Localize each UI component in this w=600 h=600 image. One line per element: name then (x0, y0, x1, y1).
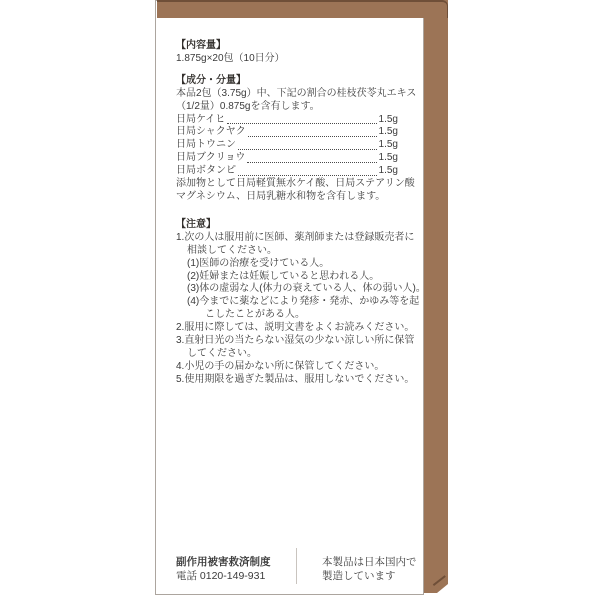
ingredient-row: 日局ケイヒ 1.5g (176, 114, 398, 127)
adverse-reaction-relief-block: 副作用被害救済制度 電話 0120-149-931 (176, 556, 271, 583)
relief-phone-number: 電話 0120-149-931 (176, 570, 271, 584)
dotted-leader (247, 162, 376, 163)
dotted-leader (238, 149, 377, 150)
ingredient-amount: 1.5g (379, 139, 398, 152)
relief-system-title: 副作用被害救済制度 (176, 556, 271, 570)
ingredient-name: 日局トウニン (176, 139, 236, 152)
label-text-block: 【内容量】 1.875g×20包（10日分） 【成分・分量】 本品2包（3.75… (176, 40, 407, 387)
dotted-leader (248, 136, 377, 137)
caution-line: 1.次の人は服用前に医師、薬剤師または登録販売者に (176, 232, 407, 245)
package-top-brown-band (157, 0, 448, 18)
ingredient-name: 日局シャクヤク (176, 126, 246, 139)
caution-line: (4)今までに薬などにより発疹・発赤、かゆみ等を起 (176, 296, 407, 309)
caution-line: (3)体の虚弱な人(体力の衰えている人、体の弱い人)。 (176, 283, 407, 296)
section-heading-cautions: 【注意】 (176, 219, 407, 232)
caution-line: 5.使用期限を過ぎた製品は、服用しないでください。 (176, 374, 407, 387)
ingredient-amount: 1.5g (379, 165, 398, 178)
ingredient-amount: 1.5g (379, 152, 398, 165)
contents-amount: 1.875g×20包（10日分） (176, 53, 407, 66)
caution-line: してください。 (176, 348, 407, 361)
caution-line: 相談してください。 (176, 245, 407, 258)
dotted-leader (238, 175, 377, 176)
ingredient-amount: 1.5g (379, 114, 398, 127)
ingredient-name: 日局ケイヒ (176, 114, 225, 127)
label-footer: 副作用被害救済制度 電話 0120-149-931 本製品は日本国内で 製造して… (176, 556, 407, 590)
ingredients-intro-line2: （1/2量）0.875gを含有します。 (176, 101, 407, 114)
caution-line: (1)医師の治療を受けている人。 (176, 258, 407, 271)
additives-line1: 添加物として日局軽質無水ケイ酸、日局ステアリン酸 (176, 178, 407, 191)
package-side-panel (423, 0, 448, 593)
caution-line: 2.服用に際しては、説明文書をよくお読みください。 (176, 322, 407, 335)
ingredient-name: 日局ボタンピ (176, 165, 236, 178)
additives-line2: マグネシウム、日局乳糖水和物を含有します。 (176, 191, 407, 204)
ingredients-intro-line1: 本品2包（3.75g）中、下記の割合の桂枝茯苓丸エキス (176, 88, 407, 101)
caution-line: (2)妊婦または妊娠していると思われる人。 (176, 271, 407, 284)
section-heading-contents: 【内容量】 (176, 40, 407, 53)
caution-line: 4.小児の手の届かない所に保管してください。 (176, 361, 407, 374)
ingredient-amount: 1.5g (379, 126, 398, 139)
caution-line: 3.直射日光の当たらない湿気の少ない涼しい所に保管 (176, 335, 407, 348)
ingredient-row: 日局ボタンピ 1.5g (176, 165, 398, 178)
caution-line: こしたことがある人。 (176, 309, 407, 322)
product-photo-stage: 【内容量】 1.875g×20包（10日分） 【成分・分量】 本品2包（3.75… (0, 0, 600, 600)
ingredient-row: 日局シャクヤク 1.5g (176, 126, 398, 139)
made-in-japan-line1: 本製品は日本国内で (322, 556, 417, 570)
ingredient-name: 日局ブクリョウ (176, 152, 245, 165)
ingredient-row: 日局ブクリョウ 1.5g (176, 152, 398, 165)
made-in-japan-block: 本製品は日本国内で 製造しています (322, 556, 417, 583)
dotted-leader (227, 123, 376, 124)
medicine-package-back: 【内容量】 1.875g×20包（10日分） 【成分・分量】 本品2包（3.75… (155, 0, 448, 597)
made-in-japan-line2: 製造しています (322, 570, 417, 584)
footer-divider-line (296, 548, 297, 584)
section-heading-ingredients: 【成分・分量】 (176, 75, 407, 88)
ingredient-row: 日局トウニン 1.5g (176, 139, 398, 152)
